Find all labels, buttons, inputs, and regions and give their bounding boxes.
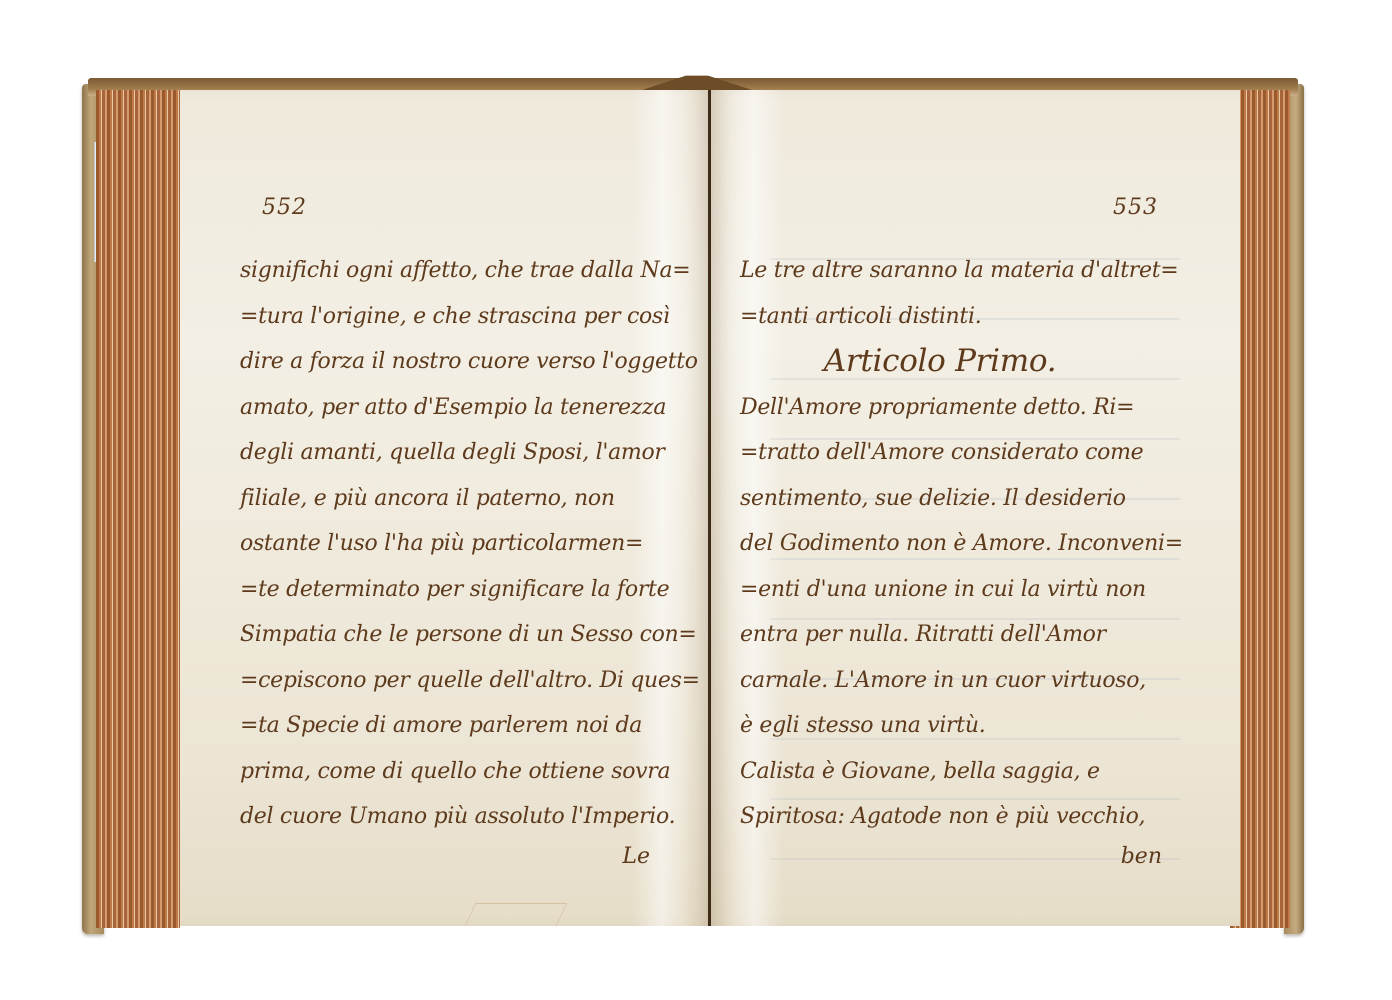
text-line: del cuore Umano più assoluto l'Imperio. xyxy=(240,794,660,840)
left-catchword: Le xyxy=(622,844,650,869)
text-line: =tratto dell'Amore considerato come xyxy=(740,430,1180,476)
text-line: =cepiscono per quelle dell'altro. Di que… xyxy=(240,658,660,704)
text-line: Dell'Amore propriamente detto. Ri= xyxy=(740,385,1180,431)
left-page: 552 significhi ogni affetto, che trae da… xyxy=(180,90,710,926)
text-line: amato, per atto d'Esempio la tenerezza xyxy=(240,385,660,431)
right-page-number: 553 xyxy=(1113,195,1158,220)
text-line: è egli stesso una virtù. xyxy=(740,703,1180,749)
text-line: =ta Specie di amore parlerem noi da xyxy=(240,703,660,749)
text-line: significhi ogni affetto, che trae dalla … xyxy=(240,248,660,294)
right-page-text: Le tre altre saranno la materia d'altret… xyxy=(740,248,1180,840)
text-line: =enti d'una unione in cui la virtù non xyxy=(740,567,1180,613)
text-line: prima, come di quello che ottiene sovra xyxy=(240,749,660,795)
text-line: entra per nulla. Ritratti dell'Amor xyxy=(740,612,1180,658)
text-line: =tanti articoli distinti. xyxy=(740,294,1180,340)
open-book: 552 significhi ogni affetto, che trae da… xyxy=(82,78,1304,934)
text-line: carnale. L'Amore in un cuor virtuoso, xyxy=(740,658,1180,704)
text-line: Le tre altre saranno la materia d'altret… xyxy=(740,248,1180,294)
left-page-text: significhi ogni affetto, che trae dalla … xyxy=(240,248,660,840)
section-heading: Articolo Primo. xyxy=(740,339,1180,385)
text-line: del Godimento non è Amore. Inconveni= xyxy=(740,521,1180,567)
text-line: ostante l'uso l'ha più particolarmen= xyxy=(240,521,660,567)
page-foot-fold xyxy=(465,903,568,926)
left-page-number: 552 xyxy=(262,195,307,220)
text-line: filiale, e più ancora il paterno, non xyxy=(240,476,660,522)
text-line: Spiritosa: Agatode non è più vecchio, xyxy=(740,794,1180,840)
text-line: Calista è Giovane, bella saggia, e xyxy=(740,749,1180,795)
right-page: 553 Le tre altre saranno la materia d'al… xyxy=(710,90,1240,926)
text-line: =te determinato per significare la forte xyxy=(240,567,660,613)
text-line: dire a forza il nostro cuore verso l'ogg… xyxy=(240,339,660,385)
text-line: sentimento, sue delizie. Il desiderio xyxy=(740,476,1180,522)
text-line: =tura l'origine, e che strascina per cos… xyxy=(240,294,660,340)
left-page-stack xyxy=(96,90,180,928)
text-line: Simpatia che le persone di un Sesso con= xyxy=(240,612,660,658)
gutter xyxy=(708,90,711,926)
text-line: degli amanti, quella degli Sposi, l'amor xyxy=(240,430,660,476)
right-catchword: ben xyxy=(1121,844,1162,869)
